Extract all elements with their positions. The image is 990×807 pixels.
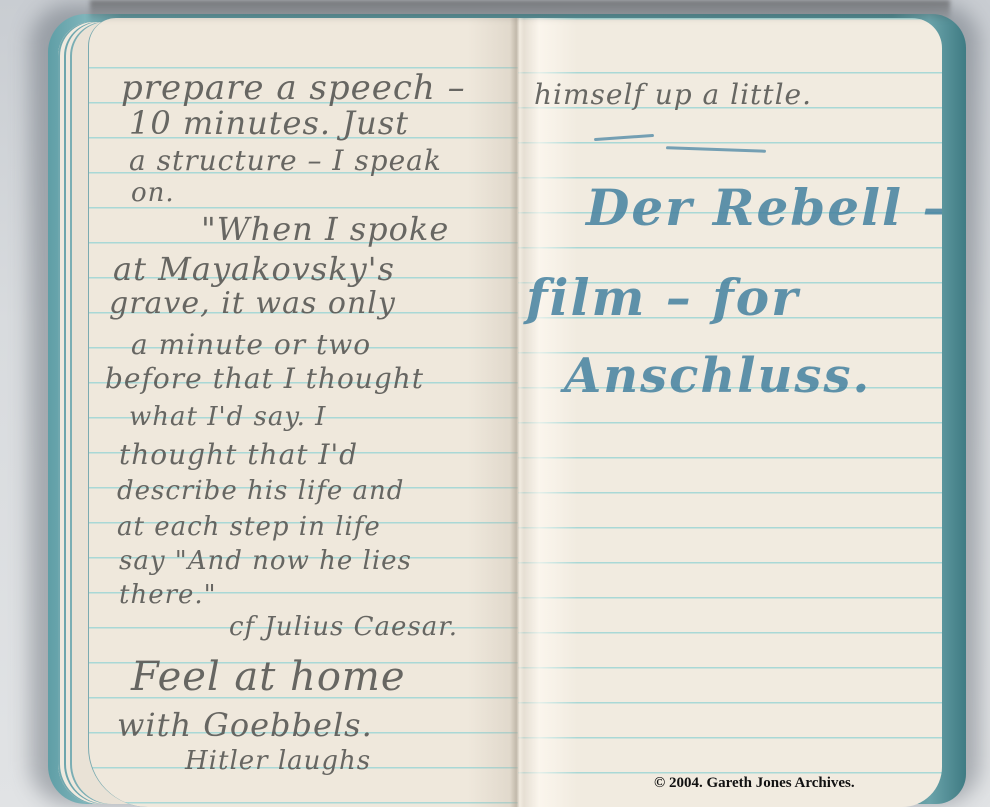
blue-underline-stroke xyxy=(666,146,766,152)
handwriting-line: thought that I'd xyxy=(119,438,358,471)
page-gutter xyxy=(510,18,524,807)
handwriting-line: a structure – I speak xyxy=(129,144,442,177)
left-page: prepare a speech – 10 minutes. Just a st… xyxy=(88,18,519,807)
handwriting-line: 10 minutes. Just xyxy=(129,104,409,142)
blue-handwriting-line: film – for xyxy=(526,268,799,327)
handwriting-line: cf Julius Caesar. xyxy=(229,612,458,642)
handwriting-line: a minute or two xyxy=(131,328,371,361)
handwriting-line: Feel at home xyxy=(131,654,406,700)
handwriting-line: at Mayakovsky's xyxy=(113,250,395,288)
handwriting-line: grave, it was only xyxy=(109,286,396,321)
handwriting-line: describe his life and xyxy=(117,476,404,506)
handwriting-line: there." xyxy=(119,580,217,610)
handwriting-line: prepare a speech – xyxy=(121,68,466,108)
handwriting-line: "When I spoke xyxy=(201,210,449,248)
blue-handwriting-line: Anschluss. xyxy=(564,348,871,404)
blue-underline-stroke xyxy=(594,134,654,141)
handwriting-line: himself up a little. xyxy=(534,78,812,111)
copyright-notice: © 2004. Gareth Jones Archives. xyxy=(654,775,855,792)
handwriting-line: before that I thought xyxy=(105,362,424,395)
handwriting-line: Hitler laughs xyxy=(185,746,371,776)
handwriting-line: at each step in life xyxy=(117,512,381,542)
handwriting-line: on. xyxy=(131,178,175,208)
handwriting-line: say "And now he lies xyxy=(119,546,412,576)
top-shadow xyxy=(90,0,950,22)
handwriting-line: what I'd say. I xyxy=(129,402,326,432)
blue-handwriting-line: Der Rebell – xyxy=(586,178,942,237)
right-page: himself up a little. Der Rebell – film –… xyxy=(518,18,942,807)
handwriting-line: with Goebbels. xyxy=(117,706,373,744)
